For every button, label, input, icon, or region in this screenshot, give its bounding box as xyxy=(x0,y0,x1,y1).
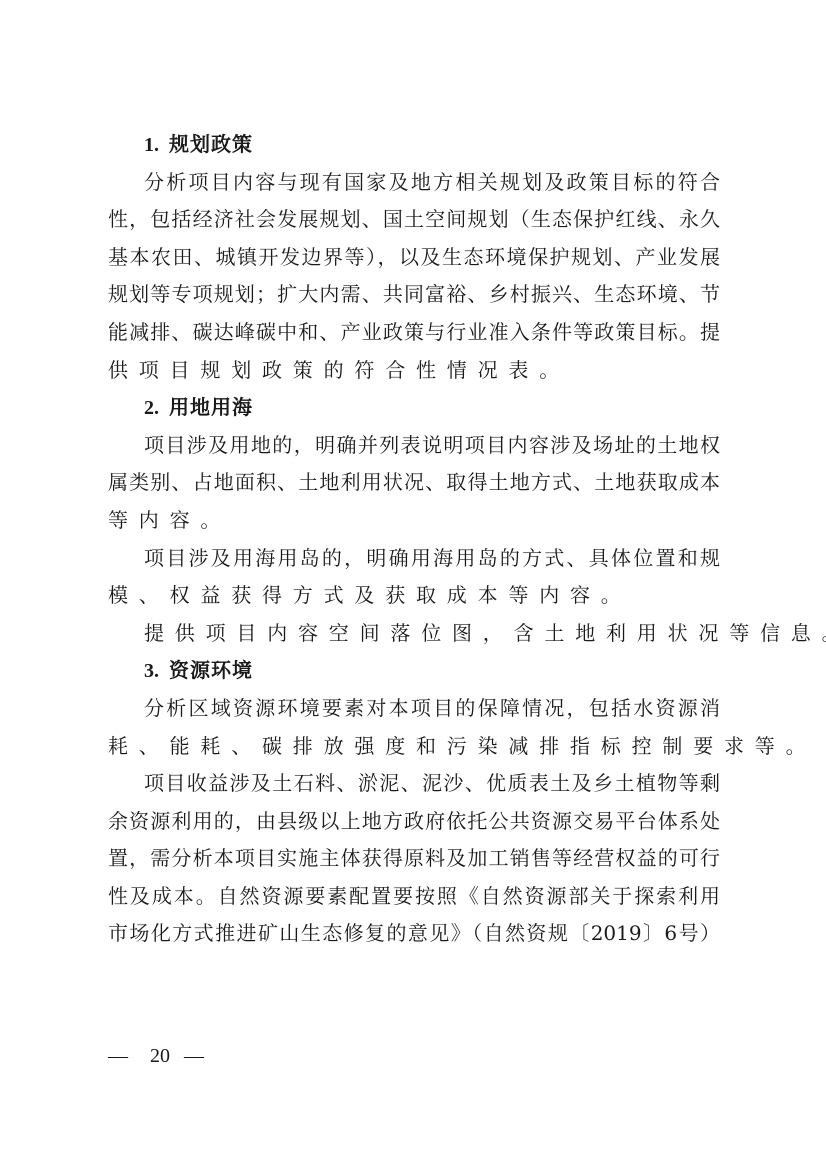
text-line: 基本农田、城镇开发边界等），以及生态环境保护规划、产业发展 xyxy=(108,239,720,277)
text-line: 提供项目内容空间落位图，含土地利用状况等信息。 xyxy=(108,615,720,653)
text-line: 项目涉及用地的，明确并列表说明项目内容涉及场址的土地权 xyxy=(108,427,720,465)
paragraph: 项目涉及用海用岛的，明确用海用岛的方式、具体位置和规 模、权益获得方式及获取成本… xyxy=(108,540,720,615)
text-line: 供项目规划政策的符合性情况表。 xyxy=(108,352,720,390)
page-footer: —20— xyxy=(108,1045,212,1068)
heading-number: 2. xyxy=(144,397,159,419)
paragraph: 分析项目内容与现有国家及地方相关规划及政策目标的符合 性，包括经济社会发展规划、… xyxy=(108,164,720,390)
footer-dash-right: — xyxy=(184,1045,212,1068)
heading-number: 1. xyxy=(144,134,159,156)
paragraph: 提供项目内容空间落位图，含土地利用状况等信息。 xyxy=(108,615,720,653)
text-line: 性及成本。自然资源要素配置要按照《自然资源部关于探索利用 xyxy=(108,878,720,916)
text-line: 等内容。 xyxy=(108,502,720,540)
paragraph: 项目收益涉及土石料、淤泥、泥沙、优质表土及乡土植物等剩 余资源利用的，由县级以上… xyxy=(108,765,720,953)
heading-title: 资源环境 xyxy=(169,658,253,682)
section-heading-planning-policy: 1.规划政策 xyxy=(108,126,720,164)
heading-number: 3. xyxy=(144,660,159,682)
page-number: 20 xyxy=(150,1045,170,1067)
footer-dash-left: — xyxy=(108,1045,136,1068)
section-heading-resources-environment: 3.资源环境 xyxy=(108,652,720,690)
text-line: 市场化方式推进矿山生态修复的意见》（自然资规〔2019〕6号） xyxy=(108,915,720,953)
text-line: 分析区域资源环境要素对本项目的保障情况，包括水资源消 xyxy=(108,690,720,728)
paragraph: 项目涉及用地的，明确并列表说明项目内容涉及场址的土地权 属类别、占地面积、土地利… xyxy=(108,427,720,540)
text-line: 项目涉及用海用岛的，明确用海用岛的方式、具体位置和规 xyxy=(108,540,720,578)
text-line: 模、权益获得方式及获取成本等内容。 xyxy=(108,577,720,615)
text-line: 性，包括经济社会发展规划、国土空间规划（生态保护红线、永久 xyxy=(108,201,720,239)
heading-title: 用地用海 xyxy=(169,395,253,419)
heading-title: 规划政策 xyxy=(169,132,253,156)
section-heading-land-sea-use: 2.用地用海 xyxy=(108,389,720,427)
text-line: 置，需分析本项目实施主体获得原料及加工销售等经营权益的可行 xyxy=(108,840,720,878)
text-line: 项目收益涉及土石料、淤泥、泥沙、优质表土及乡土植物等剩 xyxy=(108,765,720,803)
text-line: 耗、能耗、碳排放强度和污染减排指标控制要求等。 xyxy=(108,728,720,766)
text-line: 分析项目内容与现有国家及地方相关规划及政策目标的符合 xyxy=(108,164,720,202)
document-page: 1.规划政策 分析项目内容与现有国家及地方相关规划及政策目标的符合 性，包括经济… xyxy=(108,126,720,953)
text-line: 能减排、碳达峰碳中和、产业政策与行业准入条件等政策目标。提 xyxy=(108,314,720,352)
text-line: 规划等专项规划；扩大内需、共同富裕、乡村振兴、生态环境、节 xyxy=(108,276,720,314)
paragraph: 分析区域资源环境要素对本项目的保障情况，包括水资源消 耗、能耗、碳排放强度和污染… xyxy=(108,690,720,765)
text-line: 属类别、占地面积、土地利用状况、取得土地方式、土地获取成本 xyxy=(108,464,720,502)
text-line: 余资源利用的，由县级以上地方政府依托公共资源交易平台体系处 xyxy=(108,803,720,841)
